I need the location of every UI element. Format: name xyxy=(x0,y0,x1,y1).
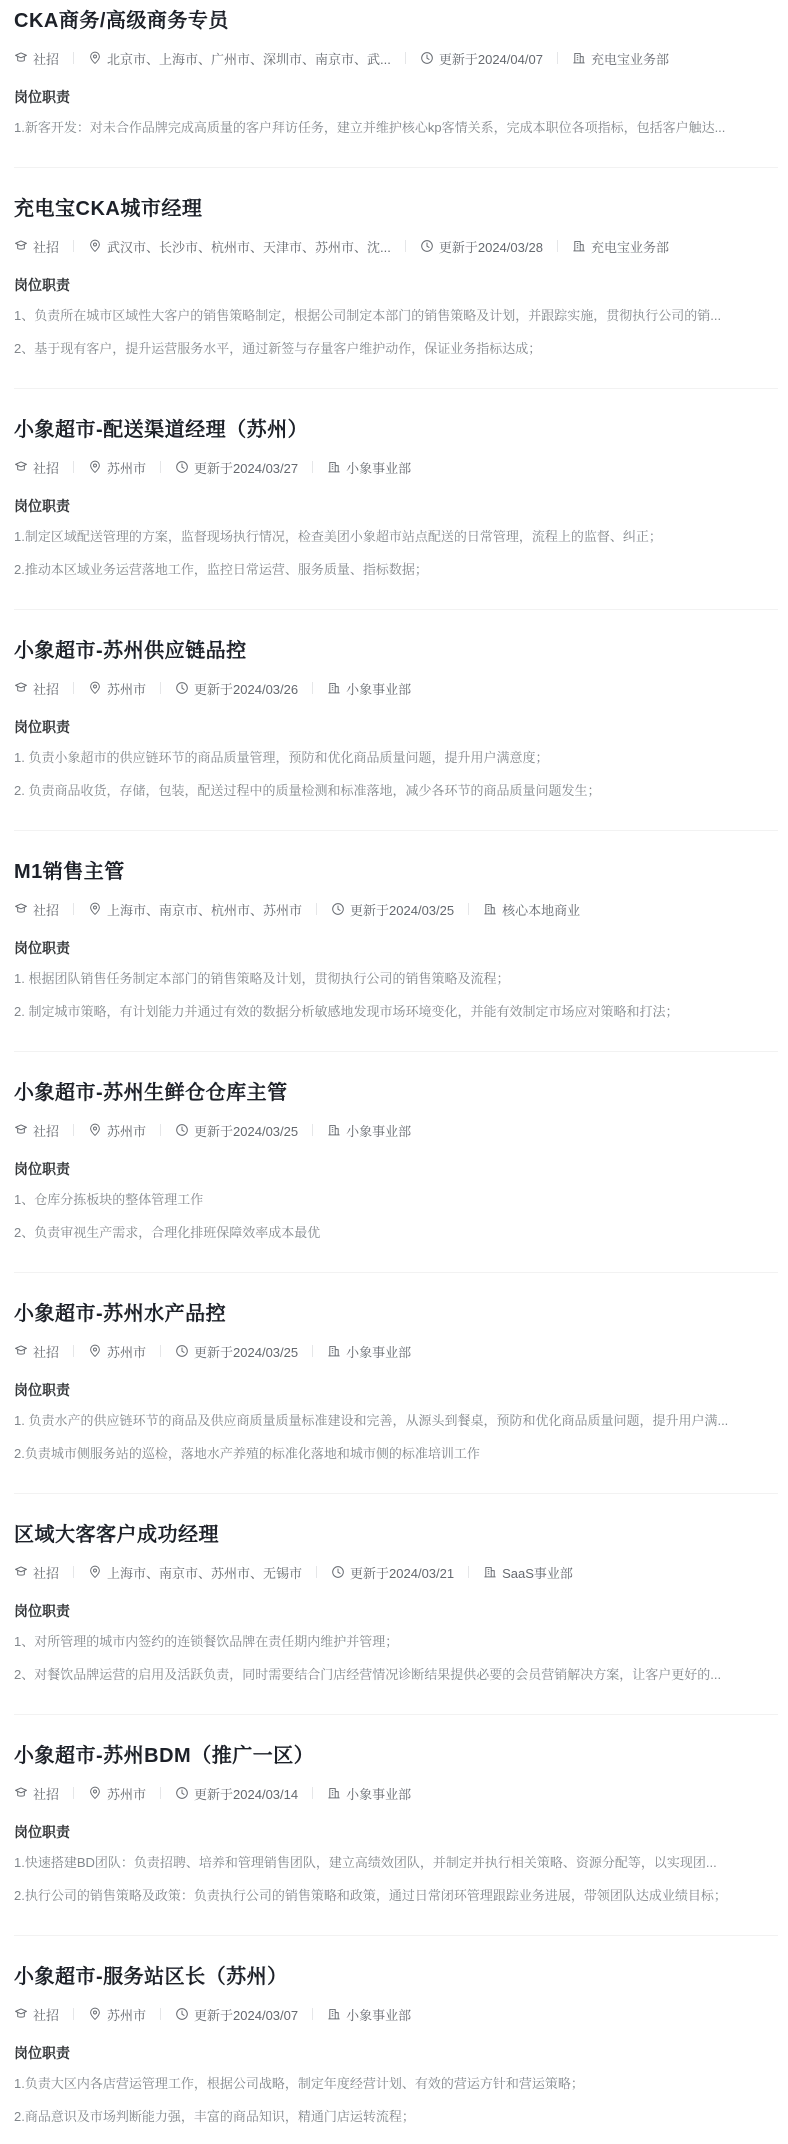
job-meta-row: 社招 苏州市 更新于2024/03/26 xyxy=(14,679,778,697)
job-recruit-type-label: 社招 xyxy=(33,900,59,918)
meta-divider xyxy=(316,1566,317,1578)
job-meta-row: 社招 苏州市 更新于2024/03/14 xyxy=(14,1784,778,1802)
job-duties-heading: 岗位职责 xyxy=(14,276,778,294)
recruit-type-icon xyxy=(14,1786,28,1800)
job-card[interactable]: 小象超市-苏州供应链品控 社招 苏州市 xyxy=(14,610,778,831)
job-card[interactable]: 区域大客客户成功经理 社招 上海市、南京市、苏州市、无锡市 xyxy=(14,1494,778,1715)
job-title[interactable]: 小象超市-苏州生鲜仓仓库主管 xyxy=(14,1080,778,1106)
job-locations: 苏州市 xyxy=(88,2005,146,2023)
meta-divider xyxy=(73,52,74,64)
job-duties-heading: 岗位职责 xyxy=(14,88,778,106)
job-description-line: 2. 制定城市策略，有计划能力并通过有效的数据分析敏感地发现市场环境变化，并能有… xyxy=(14,1003,778,1021)
meta-divider xyxy=(73,1566,74,1578)
recruit-type-icon xyxy=(14,681,28,695)
job-department: 小象事业部 xyxy=(327,1121,411,1139)
meta-divider xyxy=(468,903,469,915)
location-pin-icon xyxy=(88,2007,102,2021)
job-department-label: 小象事业部 xyxy=(346,458,411,476)
job-department: 小象事业部 xyxy=(327,458,411,476)
job-locations: 苏州市 xyxy=(88,1121,146,1139)
job-department-label: SaaS事业部 xyxy=(502,1563,573,1581)
location-pin-icon xyxy=(88,1344,102,1358)
meta-divider xyxy=(160,1124,161,1136)
job-locations: 武汉市、长沙市、杭州市、天津市、苏州市、沈... xyxy=(88,237,391,255)
job-card[interactable]: CKA商务/高级商务专员 社招 北京市、上海市、广州市、深圳市、南京市、武... xyxy=(14,4,778,168)
job-description-line: 2.执行公司的销售策略及政策：负责执行公司的销售策略和政策，通过日常闭环管理跟踪… xyxy=(14,1887,778,1905)
location-pin-icon xyxy=(88,51,102,65)
job-list: CKA商务/高级商务专员 社招 北京市、上海市、广州市、深圳市、南京市、武... xyxy=(14,4,778,2144)
job-locations-label: 上海市、南京市、苏州市、无锡市 xyxy=(107,1563,302,1581)
job-description-line: 1.快速搭建BD团队：负责招聘、培养和管理销售团队，建立高绩效团队，并制定并执行… xyxy=(14,1854,778,1872)
job-card[interactable]: 小象超市-配送渠道经理（苏州） 社招 苏州市 xyxy=(14,389,778,610)
meta-divider xyxy=(73,461,74,473)
location-pin-icon xyxy=(88,1786,102,1800)
job-title[interactable]: 小象超市-苏州BDM（推广一区） xyxy=(14,1743,778,1769)
meta-divider xyxy=(73,682,74,694)
job-department: 小象事业部 xyxy=(327,1784,411,1802)
job-description: 1、仓库分拣板块的整体管理工作2、负责审视生产需求，合理化排班保障效率成本最优 xyxy=(14,1191,778,1242)
meta-divider xyxy=(160,1787,161,1799)
job-card[interactable]: 小象超市-苏州水产品控 社招 苏州市 xyxy=(14,1273,778,1494)
job-department: 核心本地商业 xyxy=(483,900,580,918)
job-recruit-type: 社招 xyxy=(14,2005,59,2023)
meta-divider xyxy=(312,682,313,694)
job-title[interactable]: M1销售主管 xyxy=(14,859,778,885)
job-locations-label: 苏州市 xyxy=(107,1784,146,1802)
recruit-type-icon xyxy=(14,239,28,253)
job-recruit-type-label: 社招 xyxy=(33,1121,59,1139)
meta-divider xyxy=(312,1787,313,1799)
location-pin-icon xyxy=(88,239,102,253)
meta-divider xyxy=(73,2008,74,2020)
job-description: 1. 负责水产的供应链环节的商品及供应商质量质量标准建设和完善，从源头到餐桌，预… xyxy=(14,1412,778,1463)
job-description-line: 2.推动本区域业务运营落地工作，监控日常运营、服务质量、指标数据； xyxy=(14,561,778,579)
job-updated-label: 更新于2024/03/26 xyxy=(194,679,298,697)
job-title[interactable]: 小象超市-配送渠道经理（苏州） xyxy=(14,417,778,443)
clock-icon xyxy=(175,1786,189,1800)
job-description-line: 1.制定区域配送管理的方案，监督现场执行情况，检查美团小象超市站点配送的日常管理… xyxy=(14,528,778,546)
job-meta-row: 社招 上海市、南京市、杭州市、苏州市 更新于2024/03/25 xyxy=(14,900,778,918)
meta-divider xyxy=(405,52,406,64)
meta-divider xyxy=(160,461,161,473)
job-card[interactable]: 小象超市-服务站区长（苏州） 社招 苏州市 xyxy=(14,1936,778,2144)
meta-divider xyxy=(557,240,558,252)
job-updated-label: 更新于2024/03/21 xyxy=(350,1563,454,1581)
job-title[interactable]: CKA商务/高级商务专员 xyxy=(14,8,778,34)
job-department: 充电宝业务部 xyxy=(572,49,669,67)
job-updated: 更新于2024/03/14 xyxy=(175,1784,298,1802)
job-description-line: 1.负责大区内各店营运管理工作，根据公司战略，制定年度经营计划、有效的营运方针和… xyxy=(14,2075,778,2093)
job-locations-label: 上海市、南京市、杭州市、苏州市 xyxy=(107,900,302,918)
building-icon xyxy=(327,460,341,474)
clock-icon xyxy=(331,902,345,916)
job-locations: 苏州市 xyxy=(88,1784,146,1802)
job-meta-row: 社招 上海市、南京市、苏州市、无锡市 更新于2024/03/21 xyxy=(14,1563,778,1581)
job-department-label: 小象事业部 xyxy=(346,1784,411,1802)
location-pin-icon xyxy=(88,1123,102,1137)
building-icon xyxy=(572,239,586,253)
job-department-label: 核心本地商业 xyxy=(502,900,580,918)
job-recruit-type-label: 社招 xyxy=(33,49,59,67)
job-recruit-type-label: 社招 xyxy=(33,1784,59,1802)
recruit-type-icon xyxy=(14,2007,28,2021)
job-recruit-type-label: 社招 xyxy=(33,679,59,697)
meta-divider xyxy=(312,1345,313,1357)
job-description: 1.负责大区内各店营运管理工作，根据公司战略，制定年度经营计划、有效的营运方针和… xyxy=(14,2075,778,2126)
job-updated: 更新于2024/03/07 xyxy=(175,2005,298,2023)
job-recruit-type: 社招 xyxy=(14,49,59,67)
meta-divider xyxy=(405,240,406,252)
job-description-line: 1、负责所在城市区域性大客户的销售策略制定，根据公司制定本部门的销售策略及计划，… xyxy=(14,307,778,325)
job-updated-label: 更新于2024/03/28 xyxy=(439,237,543,255)
job-updated-label: 更新于2024/03/25 xyxy=(194,1121,298,1139)
meta-divider xyxy=(160,2008,161,2020)
job-updated-label: 更新于2024/03/07 xyxy=(194,2005,298,2023)
job-duties-heading: 岗位职责 xyxy=(14,2044,778,2062)
job-description: 1. 负责小象超市的供应链环节的商品质量管理，预防和优化商品质量问题，提升用户满… xyxy=(14,749,778,800)
job-title[interactable]: 小象超市-苏州供应链品控 xyxy=(14,638,778,664)
job-description-line: 1、对所管理的城市内签约的连锁餐饮品牌在责任期内维护并管理； xyxy=(14,1633,778,1651)
building-icon xyxy=(327,681,341,695)
job-description: 1.快速搭建BD团队：负责招聘、培养和管理销售团队，建立高绩效团队，并制定并执行… xyxy=(14,1854,778,1905)
clock-icon xyxy=(175,681,189,695)
job-description-line: 2、负责审视生产需求，合理化排班保障效率成本最优 xyxy=(14,1224,778,1242)
job-title[interactable]: 充电宝CKA城市经理 xyxy=(14,196,778,222)
job-description-line: 1.新客开发：对未合作品牌完成高质量的客户拜访任务，建立并维护核心kp客情关系，… xyxy=(14,119,778,137)
meta-divider xyxy=(312,1124,313,1136)
job-locations: 上海市、南京市、苏州市、无锡市 xyxy=(88,1563,302,1581)
building-icon xyxy=(327,1786,341,1800)
location-pin-icon xyxy=(88,1565,102,1579)
clock-icon xyxy=(420,239,434,253)
meta-divider xyxy=(73,903,74,915)
job-meta-row: 社招 苏州市 更新于2024/03/25 xyxy=(14,1121,778,1139)
job-updated: 更新于2024/03/25 xyxy=(331,900,454,918)
job-locations-label: 苏州市 xyxy=(107,1342,146,1360)
clock-icon xyxy=(175,2007,189,2021)
job-locations-label: 苏州市 xyxy=(107,2005,146,2023)
job-card[interactable]: 小象超市-苏州生鲜仓仓库主管 社招 苏州市 xyxy=(14,1052,778,1273)
job-description-line: 2.商品意识及市场判断能力强，丰富的商品知识，精通门店运转流程； xyxy=(14,2108,778,2126)
job-locations-label: 武汉市、长沙市、杭州市、天津市、苏州市、沈... xyxy=(107,237,391,255)
building-icon xyxy=(327,1123,341,1137)
building-icon xyxy=(327,1344,341,1358)
location-pin-icon xyxy=(88,681,102,695)
job-description-line: 2、基于现有客户，提升运营服务水平，通过新签与存量客户维护动作，保证业务指标达成… xyxy=(14,340,778,358)
job-recruit-type: 社招 xyxy=(14,237,59,255)
job-updated-label: 更新于2024/03/27 xyxy=(194,458,298,476)
job-recruit-type-label: 社招 xyxy=(33,2005,59,2023)
meta-divider xyxy=(468,1566,469,1578)
job-updated-label: 更新于2024/03/25 xyxy=(194,1342,298,1360)
recruit-type-icon xyxy=(14,1123,28,1137)
job-duties-heading: 岗位职责 xyxy=(14,718,778,736)
job-updated: 更新于2024/03/21 xyxy=(331,1563,454,1581)
meta-divider xyxy=(316,903,317,915)
meta-divider xyxy=(312,2008,313,2020)
job-department-label: 充电宝业务部 xyxy=(591,237,669,255)
job-locations-label: 苏州市 xyxy=(107,679,146,697)
meta-divider xyxy=(160,682,161,694)
job-title[interactable]: 区域大客客户成功经理 xyxy=(14,1522,778,1548)
job-description-line: 2、对餐饮品牌运营的启用及活跃负责，同时需要结合门店经营情况诊断结果提供必要的会… xyxy=(14,1666,778,1684)
job-locations: 上海市、南京市、杭州市、苏州市 xyxy=(88,900,302,918)
job-updated: 更新于2024/03/25 xyxy=(175,1342,298,1360)
job-description: 1. 根据团队销售任务制定本部门的销售策略及计划，贯彻执行公司的销售策略及流程；… xyxy=(14,970,778,1021)
job-recruit-type: 社招 xyxy=(14,900,59,918)
clock-icon xyxy=(175,460,189,474)
job-duties-heading: 岗位职责 xyxy=(14,1160,778,1178)
recruit-type-icon xyxy=(14,902,28,916)
job-updated-label: 更新于2024/03/25 xyxy=(350,900,454,918)
job-meta-row: 社招 苏州市 更新于2024/03/27 xyxy=(14,458,778,476)
job-recruit-type: 社招 xyxy=(14,1784,59,1802)
clock-icon xyxy=(331,1565,345,1579)
job-description-line: 2. 负责商品收货，存储，包装，配送过程中的质量检测和标准落地，减少各环节的商品… xyxy=(14,782,778,800)
job-updated: 更新于2024/03/28 xyxy=(420,237,543,255)
job-title[interactable]: 小象超市-服务站区长（苏州） xyxy=(14,1964,778,1990)
job-department: 充电宝业务部 xyxy=(572,237,669,255)
job-recruit-type-label: 社招 xyxy=(33,458,59,476)
job-department-label: 小象事业部 xyxy=(346,679,411,697)
job-title[interactable]: 小象超市-苏州水产品控 xyxy=(14,1301,778,1327)
job-updated: 更新于2024/04/07 xyxy=(420,49,543,67)
job-description: 1.新客开发：对未合作品牌完成高质量的客户拜访任务，建立并维护核心kp客情关系，… xyxy=(14,119,778,137)
job-recruit-type-label: 社招 xyxy=(33,1563,59,1581)
job-recruit-type: 社招 xyxy=(14,1563,59,1581)
job-recruit-type: 社招 xyxy=(14,679,59,697)
job-description: 1、对所管理的城市内签约的连锁餐饮品牌在责任期内维护并管理；2、对餐饮品牌运营的… xyxy=(14,1633,778,1684)
job-description-line: 2.负责城市侧服务站的巡检，落地水产养殖的标准化落地和城市侧的标准培训工作 xyxy=(14,1445,778,1463)
job-department-label: 小象事业部 xyxy=(346,1121,411,1139)
job-description-line: 1. 负责小象超市的供应链环节的商品质量管理，预防和优化商品质量问题，提升用户满… xyxy=(14,749,778,767)
recruit-type-icon xyxy=(14,1344,28,1358)
job-meta-row: 社招 苏州市 更新于2024/03/07 xyxy=(14,2005,778,2023)
job-recruit-type-label: 社招 xyxy=(33,1342,59,1360)
job-meta-row: 社招 武汉市、长沙市、杭州市、天津市、苏州市、沈... 更新于2024/03/2… xyxy=(14,237,778,255)
job-description-line: 1. 负责水产的供应链环节的商品及供应商质量质量标准建设和完善，从源头到餐桌，预… xyxy=(14,1412,778,1430)
job-card[interactable]: 充电宝CKA城市经理 社招 武汉市、长沙市、杭州市、天津市、苏州市、沈... xyxy=(14,168,778,389)
job-recruit-type: 社招 xyxy=(14,458,59,476)
job-recruit-type: 社招 xyxy=(14,1342,59,1360)
job-updated-label: 更新于2024/04/07 xyxy=(439,49,543,67)
job-duties-heading: 岗位职责 xyxy=(14,1602,778,1620)
job-locations: 苏州市 xyxy=(88,1342,146,1360)
job-card[interactable]: 小象超市-苏州BDM（推广一区） 社招 苏州市 xyxy=(14,1715,778,1936)
job-description-line: 1. 根据团队销售任务制定本部门的销售策略及计划，贯彻执行公司的销售策略及流程； xyxy=(14,970,778,988)
job-department-label: 充电宝业务部 xyxy=(591,49,669,67)
job-department-label: 小象事业部 xyxy=(346,1342,411,1360)
job-department: 小象事业部 xyxy=(327,2005,411,2023)
location-pin-icon xyxy=(88,460,102,474)
job-updated: 更新于2024/03/27 xyxy=(175,458,298,476)
job-duties-heading: 岗位职责 xyxy=(14,1381,778,1399)
job-department: SaaS事业部 xyxy=(483,1563,573,1581)
recruit-type-icon xyxy=(14,51,28,65)
job-locations-label: 苏州市 xyxy=(107,1121,146,1139)
building-icon xyxy=(483,1565,497,1579)
job-updated: 更新于2024/03/25 xyxy=(175,1121,298,1139)
clock-icon xyxy=(420,51,434,65)
job-locations: 北京市、上海市、广州市、深圳市、南京市、武... xyxy=(88,49,391,67)
job-department: 小象事业部 xyxy=(327,679,411,697)
building-icon xyxy=(572,51,586,65)
meta-divider xyxy=(312,461,313,473)
job-meta-row: 社招 北京市、上海市、广州市、深圳市、南京市、武... 更新于2024/04/0… xyxy=(14,49,778,67)
job-meta-row: 社招 苏州市 更新于2024/03/25 xyxy=(14,1342,778,1360)
meta-divider xyxy=(73,1787,74,1799)
recruit-type-icon xyxy=(14,460,28,474)
meta-divider xyxy=(557,52,558,64)
job-duties-heading: 岗位职责 xyxy=(14,1823,778,1841)
clock-icon xyxy=(175,1344,189,1358)
job-description: 1.制定区域配送管理的方案，监督现场执行情况，检查美团小象超市站点配送的日常管理… xyxy=(14,528,778,579)
job-department: 小象事业部 xyxy=(327,1342,411,1360)
job-locations: 苏州市 xyxy=(88,458,146,476)
building-icon xyxy=(483,902,497,916)
job-duties-heading: 岗位职责 xyxy=(14,939,778,957)
meta-divider xyxy=(160,1345,161,1357)
meta-divider xyxy=(73,240,74,252)
meta-divider xyxy=(73,1345,74,1357)
job-card[interactable]: M1销售主管 社招 上海市、南京市、杭州市、苏州市 xyxy=(14,831,778,1052)
recruit-type-icon xyxy=(14,1565,28,1579)
job-updated: 更新于2024/03/26 xyxy=(175,679,298,697)
building-icon xyxy=(327,2007,341,2021)
job-locations-label: 北京市、上海市、广州市、深圳市、南京市、武... xyxy=(107,49,391,67)
meta-divider xyxy=(73,1124,74,1136)
job-description-line: 1、仓库分拣板块的整体管理工作 xyxy=(14,1191,778,1209)
job-locations: 苏州市 xyxy=(88,679,146,697)
job-duties-heading: 岗位职责 xyxy=(14,497,778,515)
clock-icon xyxy=(175,1123,189,1137)
job-description: 1、负责所在城市区域性大客户的销售策略制定，根据公司制定本部门的销售策略及计划，… xyxy=(14,307,778,358)
location-pin-icon xyxy=(88,902,102,916)
job-recruit-type: 社招 xyxy=(14,1121,59,1139)
job-locations-label: 苏州市 xyxy=(107,458,146,476)
job-department-label: 小象事业部 xyxy=(346,2005,411,2023)
job-recruit-type-label: 社招 xyxy=(33,237,59,255)
job-updated-label: 更新于2024/03/14 xyxy=(194,1784,298,1802)
